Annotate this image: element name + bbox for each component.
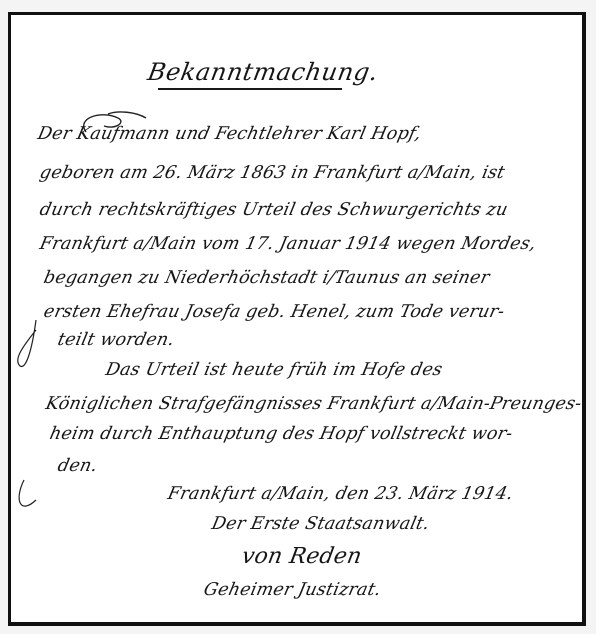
body-line-4: Frankfurt a/Main vom 17. Januar 1914 weg… <box>38 234 538 254</box>
signatory-title: Geheimer Justizrat. <box>202 580 383 600</box>
signatory-name: von Reden <box>240 544 364 569</box>
body-line-6: ersten Ehefrau Josefa geb. Henel, zum To… <box>42 302 506 322</box>
body-line-3: durch rechtskräftiges Urteil des Schwurg… <box>38 200 510 220</box>
title-underline <box>158 88 342 90</box>
body-line-8: Das Urteil ist heute früh im Hofe des <box>104 360 444 380</box>
body-line-9: Königlichen Strafgefängnisses Frankfurt … <box>44 394 584 414</box>
margin-flourish-icon <box>10 150 40 510</box>
document-title: Bekanntmachung. <box>146 58 381 86</box>
body-line-5: begangen zu Niederhöchstadt i/Taunus an … <box>42 268 491 288</box>
body-line-2: geboren am 26. März 1863 in Frankfurt a/… <box>38 163 507 183</box>
body-line-11: den. <box>56 456 99 476</box>
body-line-10: heim durch Enthauptung des Hopf vollstre… <box>48 424 515 444</box>
body-line-7: teilt worden. <box>56 330 176 350</box>
place-date: Frankfurt a/Main, den 23. März 1914. <box>166 484 515 504</box>
body-line-1: Der Kaufmann und Fechtlehrer Karl Hopf, <box>36 124 423 144</box>
issuing-office: Der Erste Staatsanwalt. <box>210 514 431 534</box>
